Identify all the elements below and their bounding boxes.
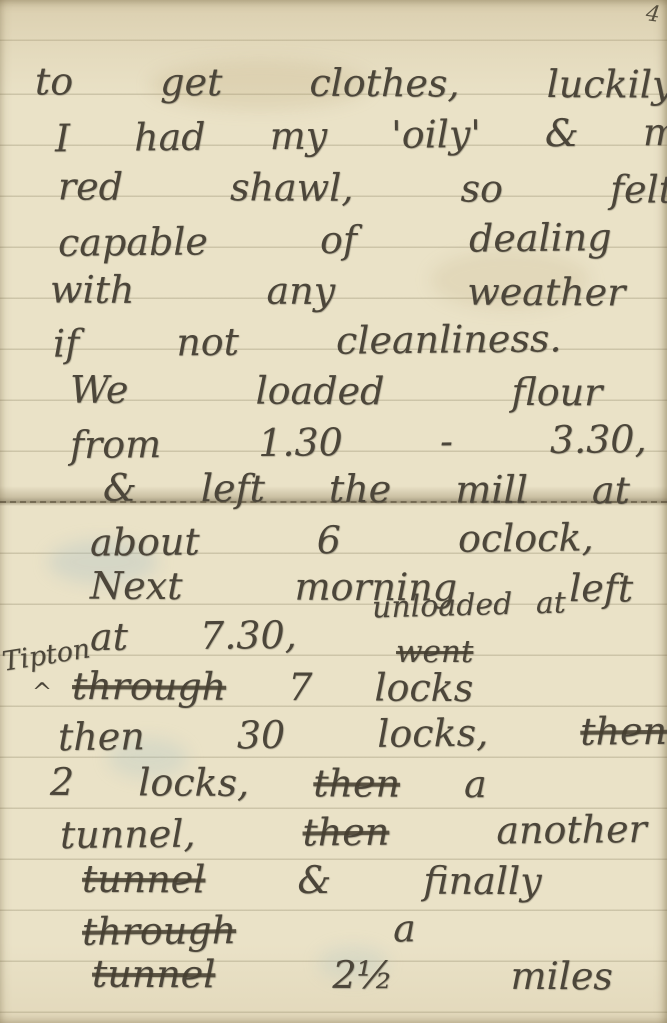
handwritten-line: capable of dealing (58, 214, 612, 266)
word: then (58, 714, 145, 759)
handwritten-line: I had my 'oily' & my (55, 109, 667, 162)
handwritten-line: through 7 locks (72, 663, 474, 711)
word: loaded (255, 369, 384, 414)
handwritten-line: about 6 oclock, (90, 514, 594, 565)
word: & (103, 466, 137, 510)
page-number: 4 (644, 1, 661, 28)
word: capable (58, 219, 208, 265)
word: 2 (50, 760, 74, 804)
word: red (58, 164, 123, 208)
word: any (266, 269, 335, 313)
handwritten-line: tunnel 2½ miles (92, 951, 613, 1000)
handwritten-line: through a (82, 905, 416, 954)
handwritten-line: 2 locks, then a (50, 759, 487, 807)
word: 30 (237, 713, 286, 758)
handwritten-line: with any weather (50, 266, 626, 315)
word: my (643, 110, 667, 155)
word: about (90, 519, 200, 564)
word: a (464, 762, 487, 806)
word: Next (90, 564, 183, 608)
word: left (201, 466, 265, 510)
word: 7.30, (200, 613, 297, 658)
struck-word: then (302, 810, 389, 855)
handwritten-line: at 7.30, (90, 612, 297, 660)
word: shawl, (230, 165, 354, 210)
word: so (460, 166, 503, 210)
handwritten-line: to get clothes, luckily (35, 58, 667, 107)
handwritten-line: & left the mill at (103, 465, 630, 514)
word: from (70, 422, 162, 467)
word: 'oily' (391, 112, 481, 157)
handwritten-line: tunnel & finally (82, 856, 542, 904)
handwritten-line: then 30 locks, then (58, 708, 667, 760)
word: of (320, 218, 357, 262)
word: at (592, 468, 630, 512)
word: 6 (316, 518, 341, 562)
word: I (55, 116, 70, 160)
word: get (160, 60, 222, 104)
word: tunnel, (60, 812, 196, 857)
word: my (269, 114, 327, 159)
word: miles (510, 954, 613, 999)
word: oclock, (458, 515, 594, 560)
word: locks (374, 666, 473, 711)
word: felt (610, 167, 667, 211)
word: not (176, 320, 239, 365)
handwritten-line: We loaded flour (70, 367, 603, 416)
word: weather (467, 270, 625, 315)
word: locks, (138, 760, 249, 805)
word: mill (455, 467, 528, 511)
struck-word: tunnel (92, 952, 216, 997)
struck-word: then (313, 761, 400, 805)
caret-icon: ^ (32, 678, 52, 706)
handwritten-line: from 1.30 - 3.30, (70, 416, 647, 468)
word: 1.30 (258, 420, 343, 465)
word: left (569, 566, 633, 610)
word: cleanliness. (336, 316, 562, 362)
word: had (134, 115, 206, 160)
word: luckily (547, 62, 667, 107)
insertion-note: unloaded at (372, 585, 567, 625)
word: the (329, 467, 391, 511)
struck-word: went (396, 634, 473, 670)
word: 2½ (332, 953, 393, 997)
word: & (297, 858, 331, 902)
word: if (53, 321, 80, 365)
word: We (70, 368, 129, 412)
word: & (545, 111, 579, 155)
struck-word: tunnel (82, 857, 206, 902)
struck-word: through (72, 664, 226, 709)
word: finally (423, 859, 541, 904)
word: locks, (377, 711, 488, 756)
handwritten-line: if not cleanliness. (53, 315, 562, 366)
word: 3.30, (550, 417, 647, 462)
word: to (35, 59, 73, 103)
struck-word: then (580, 709, 667, 754)
word: another (496, 807, 647, 853)
word: 7 (288, 665, 312, 709)
word: flour (511, 370, 602, 414)
word: dealing (469, 215, 612, 260)
word: with (50, 267, 135, 311)
word: - (440, 419, 453, 463)
handwritten-line: tunnel, then another (60, 806, 647, 858)
word: at (90, 615, 128, 659)
struck-word: through (82, 908, 237, 954)
word: a (393, 906, 416, 950)
handwritten-line: red shawl, so felt (58, 163, 667, 212)
word: clothes, (309, 61, 459, 106)
notebook-page: 4 to get clothes, luckily I had my 'oily… (0, 0, 667, 1023)
